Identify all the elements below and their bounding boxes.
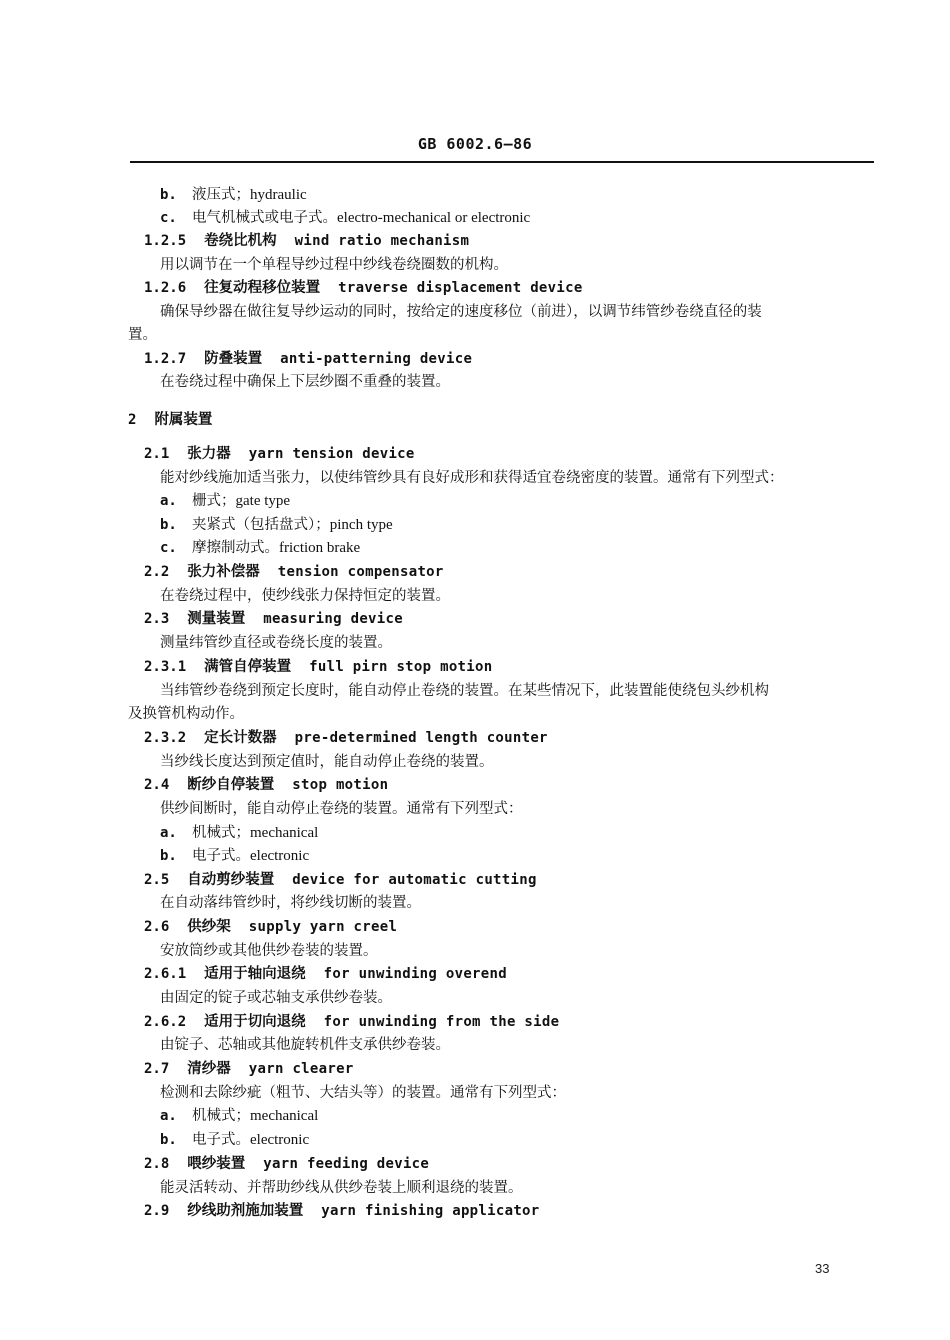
section-heading: 1.2.5卷绕比机构wind ratio mechanism xyxy=(144,231,469,251)
section-title-zh: 喂纱装置 xyxy=(187,1156,245,1172)
paragraph-text: 供纱间断时，能自动停止卷绕的装置。通常有下列型式： xyxy=(160,799,523,819)
section-title-en: wind ratio mechanism xyxy=(295,233,470,249)
section-heading: 2.9纱线助剂施加装置yarn finishing applicator xyxy=(144,1201,540,1221)
section-title-zh: 断纱自停装置 xyxy=(187,777,274,793)
section-number: 2.3.2 xyxy=(144,730,186,746)
section-number: 2.1 xyxy=(144,446,169,462)
section-number: 2.2 xyxy=(144,564,169,580)
section-title-zh: 自动剪纱装置 xyxy=(187,872,274,888)
paragraph-zh: 在卷绕过程中，使纱线张力保持恒定的装置。 xyxy=(160,588,450,604)
list-item-zh: 机械式； xyxy=(192,825,250,841)
section-title-zh: 测量装置 xyxy=(187,611,245,627)
section-title-en: for unwinding from the side xyxy=(324,1014,560,1030)
section-title-zh: 纱线助剂施加装置 xyxy=(187,1203,303,1219)
section-title-zh: 适用于切向退绕 xyxy=(204,1014,306,1030)
paragraph-text: 在卷绕过程中，使纱线张力保持恒定的装置。 xyxy=(160,586,450,606)
section-heading: 2.3.1满管自停装置full pirn stop motion xyxy=(144,657,492,677)
list-item-zh: 机械式； xyxy=(192,1108,250,1124)
section-number: 2.5 xyxy=(144,872,169,888)
paragraph-zh: 用以调节在一个单程导纱过程中纱线卷绕圈数的机构。 xyxy=(160,257,508,273)
section-title-en: anti-patterning device xyxy=(280,351,472,367)
list-item: b.电子式。electronic xyxy=(160,846,309,866)
section-number: 2.3 xyxy=(144,611,169,627)
section-number: 1.2.6 xyxy=(144,280,186,296)
section-heading: 2.7清纱器yarn clearer xyxy=(144,1059,354,1079)
list-item: b.液压式；hydraulic xyxy=(160,185,307,205)
list-item-en: friction brake xyxy=(279,540,360,556)
section-heading: 2.5自动剪纱装置device for automatic cutting xyxy=(144,870,537,890)
paragraph-text: 在自动落纬管纱时，将纱线切断的装置。 xyxy=(160,893,421,913)
paragraph-text: 当纱线长度达到预定值时，能自动停止卷绕的装置。 xyxy=(160,752,494,772)
paragraph-text: 检测和去除纱疵（粗节、大结头等）的装置。通常有下列型式： xyxy=(160,1083,566,1103)
list-item-zh: 夹紧式（包括盘式）； xyxy=(192,517,330,533)
paragraph-text: 由固定的锭子或芯轴支承供纱卷装。 xyxy=(160,988,392,1008)
section-title-zh: 卷绕比机构 xyxy=(204,233,277,249)
section-number: 1.2.7 xyxy=(144,351,186,367)
section-title-zh: 适用于轴向退绕 xyxy=(204,966,306,982)
list-item-en: mechanical xyxy=(250,825,318,841)
section-title-zh: 清纱器 xyxy=(187,1061,231,1077)
list-item-zh: 电气机械式或电子式。 xyxy=(192,210,337,226)
section-number: 2.9 xyxy=(144,1203,169,1219)
section-title-en: supply yarn creel xyxy=(249,919,397,935)
section-title-en: yarn clearer xyxy=(249,1061,354,1077)
list-item-zh: 栅式； xyxy=(192,493,236,509)
section-heading: 2.1张力器yarn tension device xyxy=(144,444,415,464)
section-heading: 2.4断纱自停装置stop motion xyxy=(144,775,388,795)
standard-code-header: GB 6002.6—86 xyxy=(0,135,950,153)
list-item-label: a. xyxy=(160,491,192,511)
list-item-label: b. xyxy=(160,185,192,205)
section-title-zh: 张力器 xyxy=(187,446,231,462)
section-heading: 2.6.1适用于轴向退绕for unwinding overend xyxy=(144,964,507,984)
section-title-en: stop motion xyxy=(292,777,388,793)
paragraph-text: 能灵活转动、并帮助纱线从供纱卷装上顺利退绕的装置。 xyxy=(160,1178,523,1198)
list-item-label: a. xyxy=(160,823,192,843)
paragraph-text: 能对纱线施加适当张力，以使纬管纱具有良好成形和获得适宜卷绕密度的装置。通常有下列… xyxy=(160,468,784,488)
section-number: 2.8 xyxy=(144,1156,169,1172)
section-heading: 2.6.2适用于切向退绕for unwinding from the side xyxy=(144,1012,559,1032)
paragraph-zh: 及换管机构动作。 xyxy=(128,706,244,722)
list-item-en: gate type xyxy=(236,493,291,509)
section-heading: 2附属装置 xyxy=(128,410,230,430)
list-item: b.电子式。electronic xyxy=(160,1130,309,1150)
list-item-en: electronic xyxy=(250,1132,309,1148)
list-item: b.夹紧式（包括盘式）；pinch type xyxy=(160,515,393,535)
list-item: c.电气机械式或电子式。electro-mechanical or electr… xyxy=(160,208,530,228)
list-item-label: b. xyxy=(160,846,192,866)
paragraph-zh: 当纱线长度达到预定值时，能自动停止卷绕的装置。 xyxy=(160,754,494,770)
paragraph-zh: 能灵活转动、并帮助纱线从供纱卷装上顺利退绕的装置。 xyxy=(160,1180,523,1196)
list-item-label: b. xyxy=(160,515,192,535)
section-title-zh: 定长计数器 xyxy=(204,730,277,746)
list-item-label: c. xyxy=(160,208,192,228)
section-number: 2.6 xyxy=(144,919,169,935)
list-item-zh: 摩擦制动式。 xyxy=(192,540,279,556)
section-number: 2.7 xyxy=(144,1061,169,1077)
paragraph-text: 及换管机构动作。 xyxy=(128,704,244,724)
paragraph-zh: 检测和去除纱疵（粗节、大结头等）的装置。通常有下列型式： xyxy=(160,1085,566,1101)
list-item-en: hydraulic xyxy=(250,187,307,203)
section-heading: 1.2.7防叠装置anti-patterning device xyxy=(144,349,472,369)
section-number: 2.3.1 xyxy=(144,659,186,675)
section-number: 1.2.5 xyxy=(144,233,186,249)
paragraph-zh: 安放筒纱或其他供纱卷装的装置。 xyxy=(160,943,378,959)
section-title-en: traverse displacement device xyxy=(338,280,582,296)
section-title-en: yarn tension device xyxy=(249,446,415,462)
section-heading: 2.2张力补偿器tension compensator xyxy=(144,562,444,582)
paragraph-zh: 置。 xyxy=(128,327,157,343)
section-title-en: tension compensator xyxy=(278,564,444,580)
section-heading: 1.2.6往复动程移位装置traverse displacement devic… xyxy=(144,278,583,298)
paragraph-zh: 由锭子、芯轴或其他旋转机件支承供纱卷装。 xyxy=(160,1037,450,1053)
paragraph-zh: 当纬管纱卷绕到预定长度时，能自动停止卷绕的装置。在某些情况下，此装置能使绕包头纱… xyxy=(160,683,769,699)
paragraph-text: 在卷绕过程中确保上下层纱圈不重叠的装置。 xyxy=(160,372,450,392)
section-title-en: measuring device xyxy=(263,611,403,627)
section-title-en: yarn finishing applicator xyxy=(321,1203,539,1219)
list-item-zh: 电子式。 xyxy=(192,848,250,864)
page-number: 33 xyxy=(815,1261,829,1276)
list-item-zh: 液压式； xyxy=(192,187,250,203)
section-heading: 2.8喂纱装置yarn feeding device xyxy=(144,1154,429,1174)
section-title-zh: 往复动程移位装置 xyxy=(204,280,320,296)
paragraph-text: 用以调节在一个单程导纱过程中纱线卷绕圈数的机构。 xyxy=(160,255,508,275)
section-number: 2.6.2 xyxy=(144,1014,186,1030)
paragraph-zh: 由固定的锭子或芯轴支承供纱卷装。 xyxy=(160,990,392,1006)
list-item-label: c. xyxy=(160,538,192,558)
list-item: c.摩擦制动式。friction brake xyxy=(160,538,360,558)
section-title-en: pre-determined length counter xyxy=(295,730,548,746)
section-number: 2 xyxy=(128,412,136,428)
list-item-en: electro-mechanical or electronic xyxy=(337,210,530,226)
section-title-zh: 供纱架 xyxy=(187,919,231,935)
list-item-zh: 电子式。 xyxy=(192,1132,250,1148)
section-title-zh: 附属装置 xyxy=(154,412,212,428)
list-item: a.机械式；mechanical xyxy=(160,1106,318,1126)
paragraph-text: 测量纬管纱直径或卷绕长度的装置。 xyxy=(160,633,392,653)
section-number: 2.6.1 xyxy=(144,966,186,982)
section-title-en: full pirn stop motion xyxy=(309,659,492,675)
section-title-en: for unwinding overend xyxy=(324,966,507,982)
paragraph-text: 确保导纱器在做往复导纱运动的同时，按给定的速度移位（前进），以调节纬管纱卷绕直径… xyxy=(160,302,762,322)
paragraph-zh: 确保导纱器在做往复导纱运动的同时，按给定的速度移位（前进），以调节纬管纱卷绕直径… xyxy=(160,304,762,320)
list-item-en: pinch type xyxy=(330,517,393,533)
section-heading: 2.3测量装置measuring device xyxy=(144,609,403,629)
section-number: 2.4 xyxy=(144,777,169,793)
section-heading: 2.6供纱架supply yarn creel xyxy=(144,917,397,937)
paragraph-text: 由锭子、芯轴或其他旋转机件支承供纱卷装。 xyxy=(160,1035,450,1055)
list-item-label: a. xyxy=(160,1106,192,1126)
paragraph-zh: 能对纱线施加适当张力，以使纬管纱具有良好成形和获得适宜卷绕密度的装置。通常有下列… xyxy=(160,470,784,486)
section-title-zh: 防叠装置 xyxy=(204,351,262,367)
list-item: a.机械式；mechanical xyxy=(160,823,318,843)
section-title-en: yarn feeding device xyxy=(263,1156,429,1172)
list-item: a.栅式；gate type xyxy=(160,491,290,511)
section-title-zh: 满管自停装置 xyxy=(204,659,291,675)
paragraph-zh: 测量纬管纱直径或卷绕长度的装置。 xyxy=(160,635,392,651)
list-item-en: electronic xyxy=(250,848,309,864)
paragraph-zh: 供纱间断时，能自动停止卷绕的装置。通常有下列型式： xyxy=(160,801,523,817)
list-item-en: mechanical xyxy=(250,1108,318,1124)
header-rule xyxy=(130,161,874,163)
paragraph-text: 置。 xyxy=(128,325,157,345)
section-title-zh: 张力补偿器 xyxy=(187,564,260,580)
paragraph-zh: 在自动落纬管纱时，将纱线切断的装置。 xyxy=(160,895,421,911)
section-heading: 2.3.2定长计数器pre-determined length counter xyxy=(144,728,548,748)
section-title-en: device for automatic cutting xyxy=(292,872,536,888)
paragraph-text: 当纬管纱卷绕到预定长度时，能自动停止卷绕的装置。在某些情况下，此装置能使绕包头纱… xyxy=(160,681,769,701)
paragraph-text: 安放筒纱或其他供纱卷装的装置。 xyxy=(160,941,378,961)
paragraph-zh: 在卷绕过程中确保上下层纱圈不重叠的装置。 xyxy=(160,374,450,390)
list-item-label: b. xyxy=(160,1130,192,1150)
